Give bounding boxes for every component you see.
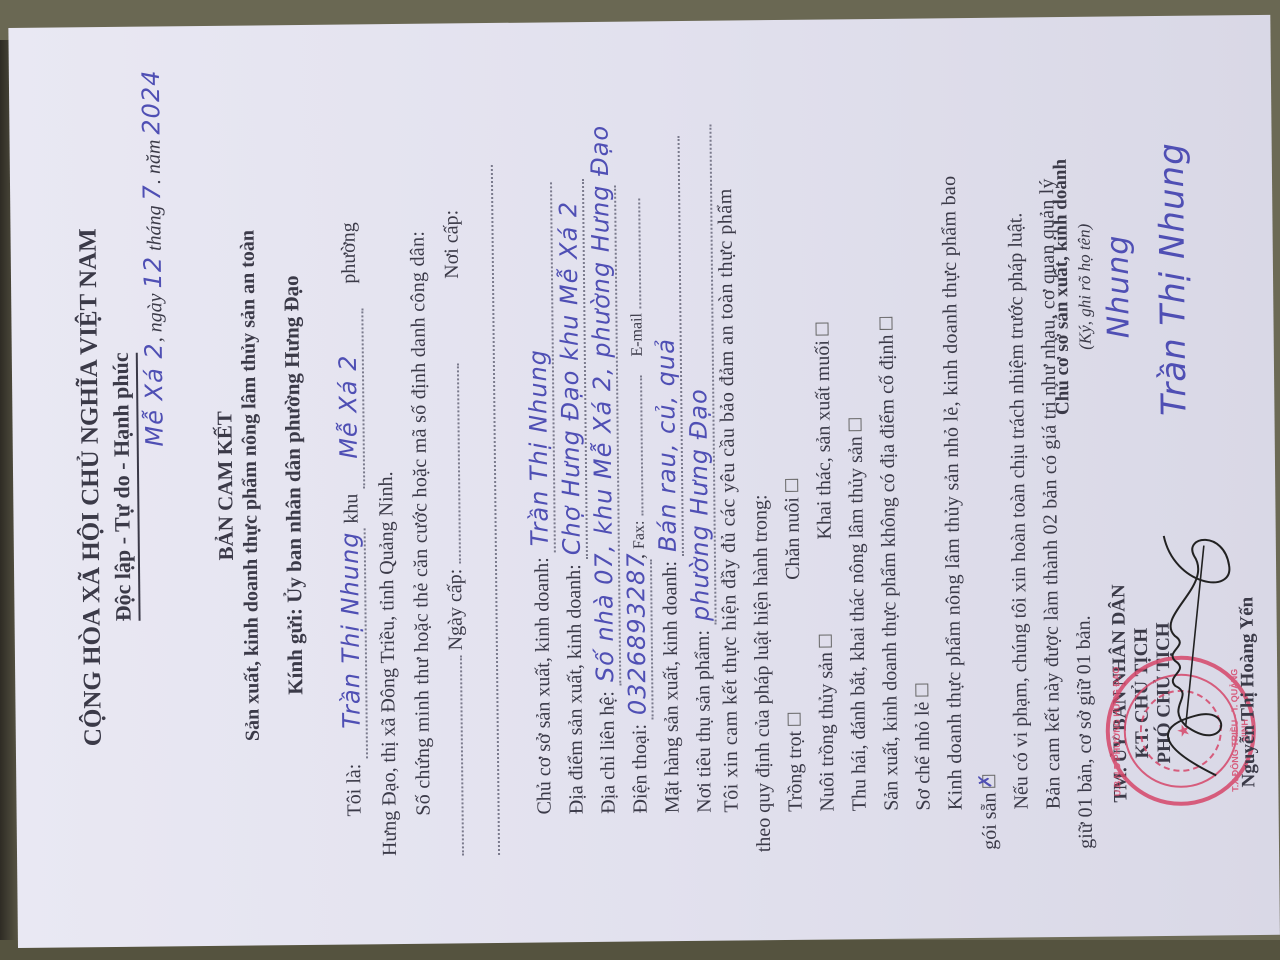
checkbox-label: Thu hái, đánh bắt, khai thác nông lâm th…: [845, 436, 871, 811]
motto-text: Độc lập - Tự do - Hạnh phúc: [108, 352, 141, 621]
id-line: Số chứng minh thư hoặc thẻ căn cước hoặc…: [407, 231, 436, 816]
khu-field: Mễ Xá 2: [333, 309, 365, 489]
field-products: Mặt hàng sản xuất, kinh doanh: Bán rau, …: [650, 136, 687, 813]
field-location: Địa điểm sản xuất, kinh doanh: Chợ Hưng …: [554, 179, 591, 814]
checkbox-khai-thac-muoi[interactable]: Khai thác, sản xuất muối: [811, 322, 836, 540]
owner-value: Trần Thị Nhung: [524, 349, 554, 552]
address-label: Địa chỉ liên hệ:: [596, 691, 619, 814]
checkbox-so-che[interactable]: Sơ chế nhỏ lẻ: [911, 683, 935, 810]
date-day: 12: [139, 256, 167, 289]
checkbox-square-checked[interactable]: [982, 775, 995, 788]
date-month: 7: [138, 184, 166, 201]
checkbox-square[interactable]: [785, 479, 798, 492]
owner-name-handwritten: Trần Thị Nhung: [1152, 156, 1195, 416]
checkbox-nuoi-trong[interactable]: Nuôi trồng thủy sản: [815, 634, 840, 812]
khu-label: khu: [340, 494, 362, 524]
closing-line-3: giữ 01 bản, cơ sở giữ 01 bản.: [1073, 615, 1098, 849]
motto: Độc lập - Tự do - Hạnh phúc: [104, 27, 140, 947]
chairman-signature: [1134, 525, 1247, 786]
checkbox-khong-dia-diem[interactable]: Sản xuất, kinh doanh thực phẩm không có …: [875, 316, 903, 811]
checkbox-label: Sơ chế nhỏ lẻ: [911, 702, 934, 811]
checkbox-label: Trồng trọt: [784, 731, 807, 812]
checkbox-kinh-doanh-continuation[interactable]: gói sẵn: [978, 774, 1002, 849]
address-value: Số nhà 07, khu Mễ Xá 2, phường Hưng Đạo: [585, 125, 619, 686]
address-field: Số nhà 07, khu Mễ Xá 2, phường Hưng Đạo: [586, 186, 621, 686]
checkbox-label: Sản xuất, kinh doanh thực phẩm không có …: [876, 334, 903, 811]
toi-la-label: Tôi là:: [343, 764, 366, 817]
ngay-cap-label: Ngày cấp:: [444, 569, 467, 651]
checkbox-chan-nuoi[interactable]: Chăn nuôi: [781, 479, 805, 580]
left-sign-name: Nguyễn Thị Hoàng Yến: [1236, 557, 1261, 827]
khu-value: Mễ Xá 2: [334, 354, 363, 488]
address-line: Hưng Đạo, thị xã Đông Triều, tỉnh Quảng …: [375, 471, 402, 856]
location-value: Chợ Hưng Đạo khu Mễ Xá 2: [554, 201, 586, 560]
checkbox-trong-trot[interactable]: Trồng trọt: [784, 713, 808, 812]
field-address: Địa chỉ liên hệ: Số nhà 07, khu Mễ Xá 2,…: [586, 186, 623, 814]
stamp-text-top: U.B.N.D PHƯỜNG HƯNG ĐẠO: [1111, 660, 1122, 802]
closing-line-1: Nếu có vi phạm, chúng tôi xin hoàn toàn …: [1004, 213, 1033, 810]
commitment-line-1: Tôi xin cam kết thực hiện đầy đủ các yêu…: [714, 188, 744, 812]
fax-label: Fax:: [631, 520, 648, 549]
market-field: phường Hưng Đạo: [681, 125, 716, 625]
checkbox-thu-hai[interactable]: Thu hái, đánh bắt, khai thác nông lâm th…: [844, 418, 871, 811]
email-label: E-mail: [628, 313, 645, 357]
fax-field: [640, 376, 643, 516]
market-label: Nơi tiêu thụ sản phẩm:: [692, 630, 716, 813]
date-place: Mễ Xá 2: [140, 342, 169, 446]
field-phone: Điện thoại: 0326893287, Fax: E-mail: [618, 198, 654, 814]
checkbox-square[interactable]: [879, 316, 892, 329]
date-day-label: , ngày: [144, 288, 167, 342]
checkbox-label: Khai thác, sản xuất muối: [812, 340, 836, 540]
checkbox-label: Kinh doanh thực phẩm nông lâm thủy sản n…: [938, 176, 967, 811]
noi-cap-continuation: [480, 165, 505, 855]
commitment-line-2: theo quy định của pháp luật hiện hành tr…: [749, 494, 776, 852]
owner-label: Chủ cơ sở sản xuất, kinh doanh:: [531, 557, 556, 814]
location-field: Chợ Hưng Đạo khu Mễ Xá 2: [554, 179, 588, 559]
owner-signature: Nhung: [1100, 156, 1138, 416]
name-field: Trần Thị Nhung: [336, 529, 368, 759]
national-title: CỘNG HÒA XÃ HỘI CHỦ NGHĨA VIỆT NAM: [72, 27, 110, 947]
date-month-label: tháng: [143, 200, 166, 256]
right-sign-title: Chủ cơ sở sản xuất, kinh doanh: [1050, 157, 1075, 417]
checkbox-label: Nuôi trồng thủy sản: [815, 652, 839, 812]
products-field: Bán rau, củ, quả: [650, 136, 684, 556]
checkbox-label: gói sẵn: [978, 792, 1001, 849]
checkbox-square[interactable]: [788, 713, 801, 726]
recipient: Kính gửi: Ủy ban nhân dân phường Hưng Đạ…: [276, 25, 311, 945]
email-field: [638, 198, 641, 308]
phuong-label: phường: [337, 222, 360, 284]
right-sign-note: (Ký, ghi rõ họ tên): [1074, 157, 1097, 417]
owner-field: Trần Thị Nhung: [522, 182, 556, 552]
issue-line: Ngày cấp: Nơi cấp:: [440, 210, 470, 856]
phone-label: Điện thoại:: [629, 724, 652, 814]
field-owner: Chủ cơ sở sản xuất, kinh doanh: Trần Thị…: [522, 182, 559, 815]
products-label: Mặt hàng sản xuất, kinh doanh:: [659, 561, 684, 813]
date-year-label: . năm: [142, 135, 165, 185]
document-page: CỘNG HÒA XÃ HỘI CHỦ NGHĨA VIỆT NAM Độc l…: [8, 15, 1280, 948]
date-year: 2024: [137, 69, 166, 134]
noi-cap-label: Nơi cấp:: [440, 210, 463, 279]
ngay-cap-field: [457, 364, 461, 564]
date-line: Mễ Xá 2, ngày 12 tháng 7. năm 2024: [137, 69, 169, 446]
id-number-field: [460, 655, 464, 855]
checkbox-kinh-doanh-nho-le[interactable]: Kinh doanh thực phẩm nông lâm thủy sản n…: [938, 176, 968, 811]
name-value: Trần Thị Nhung: [336, 531, 366, 758]
checkbox-square[interactable]: [848, 418, 861, 431]
field-market: Nơi tiêu thụ sản phẩm: phường Hưng Đạo: [681, 125, 718, 813]
checkbox-square[interactable]: [819, 634, 832, 647]
market-value: phường Hưng Đạo: [684, 388, 714, 625]
location-label: Địa điểm sản xuất, kinh doanh:: [563, 564, 588, 814]
intro-name-line: Tôi là: Trần Thị Nhung khu Mễ Xá 2 phườn…: [332, 222, 368, 816]
checkbox-square[interactable]: [815, 322, 828, 335]
products-value: Bán rau, củ, quả: [652, 338, 682, 556]
noi-cap-field: [491, 165, 500, 855]
phone-field: 0326893287: [622, 559, 654, 719]
phone-value: 0326893287: [622, 552, 652, 719]
checkbox-label: Chăn nuôi: [781, 497, 804, 580]
checkbox-square[interactable]: [915, 684, 928, 697]
